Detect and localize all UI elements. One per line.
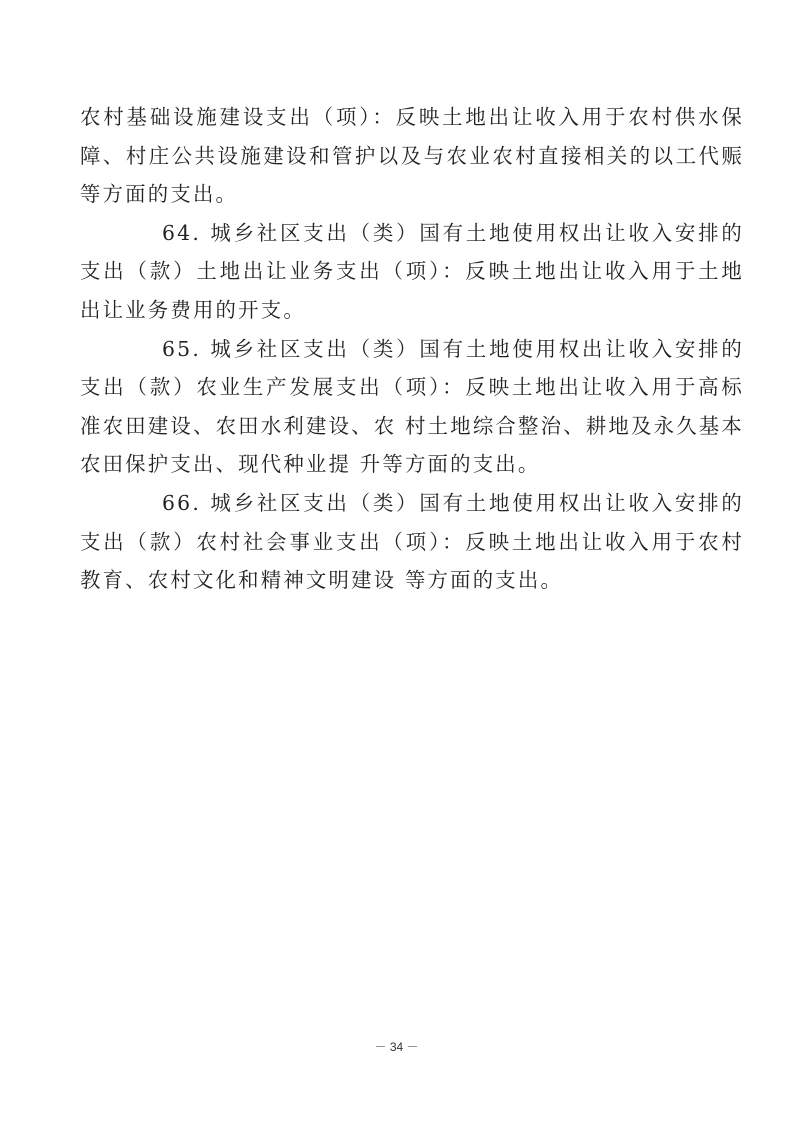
paragraph-rural-infrastructure: 农村基础设施建设支出（项）：反映土地出让收入用于农村供水保障、村庄公共设施建设和… [80, 98, 744, 214]
paragraph-item-65: 65. 城乡社区支出（类）国有土地使用权出让收入安排的支出（款）农业生产发展支出… [80, 330, 744, 484]
paragraph-item-64: 64. 城乡社区支出（类）国有土地使用权出让收入安排的支出（款）土地出让业务支出… [80, 214, 744, 330]
page-number: － 34 － [0, 1038, 793, 1055]
paragraph-item-66: 66. 城乡社区支出（类）国有土地使用权出让收入安排的支出（款）农村社会事业支出… [80, 484, 744, 600]
document-body: 农村基础设施建设支出（项）：反映土地出让收入用于农村供水保障、村庄公共设施建设和… [80, 98, 744, 600]
